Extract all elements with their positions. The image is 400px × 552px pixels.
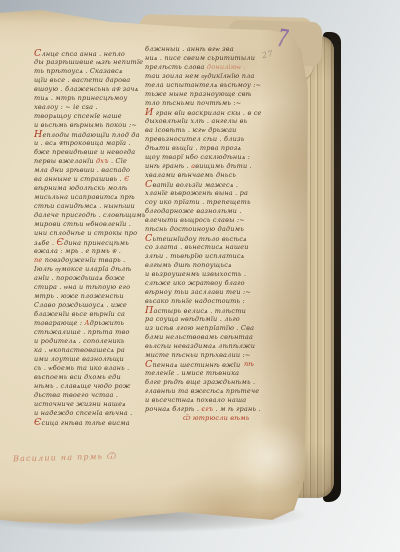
manuscript-text-line: ка . ѡкопаствовашесѧ ра — [34, 346, 146, 355]
manuscript-text-line: вѣрнима юдолѣскь молѣ — [34, 184, 146, 193]
ink-text-segment: хвалоу : ~ іе сѕа . — [34, 103, 98, 111]
ink-text-segment: гран вїи васкрилан скы . в се — [154, 109, 262, 117]
manuscript-text-line: инѣ гранѣ . авищимь дѣти . — [145, 162, 257, 171]
manuscript-text-line: источниче жизни нашеѧ — [34, 400, 146, 409]
manuscript-text-line: анїи . порождьшаѧ боже — [34, 274, 146, 283]
ink-text-segment: пѣснь достоиноую дадимь — [145, 225, 244, 233]
manuscript-text-line: со злата . вьнестисѧ нашеи — [145, 243, 257, 252]
ink-text-segment: вшоую . блаженсьнь аѿ зачѧ — [34, 85, 138, 93]
ink-text-segment: слѣже ико жратвоу благо — [145, 279, 245, 287]
manuscript-text-line: Пастырь велисѧ . тлѣсти — [145, 306, 257, 315]
manuscript-text-line: ниѧ . писе свеим сьрититыли — [145, 54, 257, 63]
ink-text-segment: бже превидѣвше и невогда — [34, 148, 135, 156]
manuscript-text-line: и . всѧ ѿтроковица марїа . — [34, 139, 146, 148]
manuscript-text-line: Славо рождьшоусѧ . иже — [34, 301, 146, 310]
rubric-text-segment: Є — [124, 175, 129, 183]
ink-text-segment: повздоуженїи тварь . — [42, 256, 125, 264]
manuscript-text-line: и вьзроушенмь извыхость . — [145, 270, 257, 279]
ink-text-segment: блаженїи вьсе вѣрнїи са — [34, 310, 125, 318]
ink-text-segment: дрьжить — [90, 319, 125, 327]
manuscript-text-line: щїи вьсе . васпети дарова — [34, 76, 146, 85]
ink-text-segment: тло пѣсньми почтѣмь :~ — [145, 99, 241, 107]
ink-text-segment: ини сплоднѣе и строкы про — [34, 229, 137, 237]
ink-text-segment: щїи вьсе . васпети дарова — [34, 76, 130, 84]
manuscript-text-line: Ѿ ютрюсли вѣмь — [145, 414, 257, 423]
manuscript-text-line: превьзносител сѣи . близь — [145, 135, 257, 144]
manuscript-text-line: ини сплоднѣе и строкы про — [34, 229, 146, 238]
ink-text-segment: блгодарноже вазнолѣми . — [145, 207, 242, 215]
rubric-text-segment: єгъ — [201, 405, 213, 413]
ink-text-segment: ва анныне и страшивь . — [34, 175, 124, 183]
manuscript-text-line: Слнце спса анна . непло — [34, 49, 146, 58]
manuscript-text-column-left: Слнце спса анна . неплоды разрѣшивше ѩзѣ… — [34, 49, 146, 427]
manuscript-text-line: тло пѣсньми почтѣмь :~ — [145, 99, 257, 108]
ink-text-segment: хвалами вѣнчаемь дньсь — [145, 171, 236, 179]
ink-text-segment: далече присгодѣ . словѣщимь — [34, 211, 146, 219]
ink-text-segment: мирови стѣи ѡбновленїи . — [34, 220, 131, 228]
manuscript-text-line: влечыти вьщрось славы :~ — [145, 216, 257, 225]
ink-text-segment: сь . ѡбоемь та ико влань . — [34, 364, 129, 372]
manuscript-text-line: таварающе : Адрьжить — [34, 319, 146, 328]
ink-text-segment: и надеждо спсенїа вѣчна . — [34, 409, 132, 417]
ink-text-segment: ватїи вользїи мажесѧ . — [152, 181, 238, 189]
manuscript-text-line: Сьтешнїидоу тѣло вьсѣсѧ — [145, 234, 257, 243]
ink-text-segment: сица гнѣва тлѣе висма — [41, 419, 129, 427]
ink-text-segment: . Сїе — [109, 157, 127, 165]
manuscript-text-line: ра соуща ѡвѣдѣмїи . льго — [145, 315, 257, 324]
ink-text-segment: теленїе . имисе тѣвника — [145, 369, 239, 377]
manuscript-text-line: мисте пѣсньи прѣхвалии :~ — [145, 351, 257, 360]
ink-text-segment: стѣжалише . прѣта тво — [34, 328, 130, 336]
ink-text-segment: щоу тварї нбо саклюдѣниѧ : — [145, 153, 250, 161]
ink-text-segment: и родителѧ . сополеникь — [34, 337, 125, 345]
manuscript-text-line: мтрь . юже пложенсѣи — [34, 292, 146, 301]
ink-text-segment: блми нельствовамь свѣнтаа — [145, 333, 253, 341]
manuscript-text-line: мла дни зрѣвши . васпадо — [34, 166, 146, 175]
ink-text-segment: ва ісовѣть . ѥгѡ дрьжаи — [145, 126, 237, 134]
ink-text-segment: вищимь дѣти . — [195, 162, 252, 170]
ink-text-segment: ды разрѣшивше ѩзѣ непитїе — [34, 58, 143, 66]
ink-text-segment: дина принесцѣмь — [64, 239, 129, 247]
manuscript-text-line: тела испытантелѧ вьсѣмоу :~ — [145, 81, 257, 90]
manuscript-text-line: рочнаѧ блгрѣ . єгъ . м ѣ грань . — [145, 405, 257, 414]
manuscript-text-line: и надеждо спсенїа вѣчна . — [34, 409, 146, 418]
ink-text-segment: и вьсѣмь вѣрнымь покои :~ — [34, 121, 137, 129]
ink-text-segment: . м ѣ грань . — [213, 405, 261, 413]
ink-text-segment: первы вжеланїи — [34, 157, 96, 165]
ink-text-segment: влечыти вьщрось славы :~ — [145, 216, 245, 224]
manuscript-text-column-right: блжнныи . аннѣ вгѡ званиѧ . писе свеим с… — [145, 45, 257, 423]
ink-text-segment: дыховлѣнїи хлѣ . ангелы вь — [145, 117, 247, 125]
ink-text-segment: вжала : мрь . е прмь ѿ . — [34, 247, 121, 255]
ink-text-segment: астырь велисѧ . тлѣсти — [154, 307, 246, 315]
manuscript-text-line: пе повздоуженїи тварь . — [34, 256, 146, 265]
ink-text-segment: и . всѧ ѿтроковица марїа . — [34, 139, 131, 147]
manuscript-text-line: зѧбе . Єдина принесцѣмь — [34, 238, 146, 247]
manuscript-text-line: вѣрноу тьи засллави теи :~ — [145, 288, 257, 297]
ink-text-segment: влгымь дшѣ попоущьсѧ — [145, 261, 232, 269]
ink-text-segment: творѧщоу спсенїе наше — [34, 112, 122, 120]
manuscript-text-line: дьства твоего чстаа . — [34, 391, 146, 400]
manuscript-text-line: прелѣсть слова дониліюѡ . — [145, 63, 257, 72]
manuscript-text-line: вшоую . блаженсьнь аѿ зачѧ — [34, 85, 146, 94]
ink-text-segment: таварающе : — [34, 319, 85, 327]
manuscript-text-line: Єсица гнѣва тлѣе висма — [34, 418, 146, 427]
manuscript-text-line: мирови стѣи ѡбновленїи . — [34, 220, 146, 229]
photograph-background: 7 27 Слнце спса анна . неплоды разрѣшивш… — [0, 0, 400, 552]
ink-text-segment: мисте пѣсньи прѣхвалии :~ — [145, 351, 251, 359]
manuscript-text-line: Іюлѣ ѹмоксе иларїа дѣлѣ — [34, 265, 146, 274]
ink-text-segment: лнце спса анна . непло — [41, 50, 125, 58]
rubric-text-segment: дхъ — [96, 157, 109, 165]
ink-text-segment: и вьсечстнаѧ похвало наша — [145, 396, 246, 404]
ink-text-segment: тьже ныне празноующе свѣ — [145, 90, 252, 98]
ink-text-segment: дьства твоего чстаа . — [34, 391, 118, 399]
ink-text-segment: соу ико прїати . трепещеть — [145, 198, 251, 206]
ink-text-segment: мтрь . юже пложенсѣи — [34, 292, 124, 300]
manuscript-text-line: бже превидѣвше и невогда — [34, 148, 146, 157]
manuscript-text-line: злѣи . тьвѣрїю исплатисѧ — [145, 252, 257, 261]
ink-text-segment: злѣи . тьвѣрїю исплатисѧ — [145, 252, 244, 260]
ink-text-segment: со злата . вьнестисѧ нашеи — [145, 243, 249, 251]
manuscript-text-line: и родителѧ . сополеникь — [34, 337, 146, 346]
manuscript-text-line: сь . ѡбоемь та ико влань . — [34, 364, 146, 373]
manuscript-text-line: мисьльна исаправитсѧ прѣ — [34, 193, 146, 202]
ink-text-segment: вьлсѣи неваздимаѧ лѣпѣлжи — [145, 342, 255, 350]
manuscript-text-line: теленїе . имисе тѣвника — [145, 369, 257, 378]
ink-text-segment: Славо рождьшоусѧ . иже — [34, 301, 127, 309]
ink-text-segment: вьсако пѣнїе надостоить : — [145, 297, 245, 305]
manuscript-text-line: блми нельствовамь свѣнтаа — [145, 333, 257, 342]
manuscript-text-line: И гран вїи васкрилан скы . в се — [145, 108, 257, 117]
manuscript-text-line: стѣжалише . прѣта тво — [34, 328, 146, 337]
ink-text-segment: рочнаѧ блгрѣ . — [145, 405, 201, 413]
manuscript-text-line: блге рѣдѣ вще зраждьнѣмь . — [145, 378, 257, 387]
ink-text-segment: ка . ѡкопаствовашесѧ ра — [34, 346, 125, 354]
manuscript-text-line: ть прѣтоусѧ . Сказавсѧ — [34, 67, 146, 76]
manuscript-text-line: слѣже ико жратвоу благо — [145, 279, 257, 288]
ink-text-segment: и вьзроушенмь извыхость . — [145, 270, 246, 278]
manuscript-text-line: и вьсѣмь вѣрнымь покои :~ — [34, 121, 146, 130]
ink-text-segment: прелѣсть слова — [145, 63, 207, 71]
manuscript-text-line: пѣснь достоиноую дадимь — [145, 225, 257, 234]
red-margin-mark: пѣ — [244, 360, 254, 368]
manuscript-text-line: далече присгодѣ . словѣщимь — [34, 211, 146, 220]
manuscript-text-line: из исѣв лгою непрїатїю . Сва — [145, 324, 257, 333]
ink-text-segment: пеннаѧ шестиннѣ вжїи — [152, 361, 240, 369]
manuscript-text-line: дѣѧти вьщїи . трва прозѧ — [145, 144, 257, 153]
ink-text-segment: стира . ѡна и тѣпоую его — [34, 283, 130, 291]
ink-text-segment: главнѣи та вжесѣсѧ прѣтече — [145, 387, 259, 395]
ink-text-segment: инѣ гранѣ . — [145, 162, 191, 170]
ink-text-segment: блжнныи . аннѣ вгѡ зва — [145, 45, 234, 53]
manuscript-text-line: ва ісовѣть . ѥгѡ дрьжаи — [145, 126, 257, 135]
manuscript-text-line: хвалоу : ~ іе сѕа . — [34, 103, 146, 112]
manuscript-text-line: главнѣи та вжесѣсѧ прѣтече — [145, 387, 257, 396]
ink-text-segment: ниѧ . писе свеим сьрититыли — [145, 54, 255, 62]
manuscript-text-line: блгодарноже вазнолѣми . — [145, 207, 257, 216]
ink-text-segment: анїи . порождьшаѧ боже — [34, 274, 125, 282]
ink-text-segment: таи зоила нем ѹдикїлнїю пла — [145, 72, 255, 80]
manuscript-text-line: Сватїи вользїи мажесѧ . — [145, 180, 257, 189]
manuscript-text-line: ва анныне и страшивь . Є — [34, 175, 146, 184]
ink-text-segment: хланїе вьвроженѣ вына . ра — [145, 189, 248, 197]
manuscript-text-line: стѣи санидѣмсѧ . нынѣши — [34, 202, 146, 211]
manuscript-text-line: дыховлѣнїи хлѣ . ангелы вь — [145, 117, 257, 126]
ink-text-segment: ьтешнїидоу тѣло вьсѣсѧ — [152, 235, 246, 243]
manuscript-text-line: таи зоила нем ѹдикїлнїю пла — [145, 72, 257, 81]
manuscript-text-line: вьсако пѣнїе надостоить : — [145, 297, 257, 306]
manuscript-text-line: творѧщоу спсенїе наше — [34, 112, 146, 121]
ink-text-segment: из исѣв лгою непрїатїю . Сва — [145, 324, 254, 332]
manuscript-text-line: тьже ныне празноующе свѣ — [145, 90, 257, 99]
ink-text-segment: вѣрноу тьи засллави теи :~ — [145, 288, 251, 296]
manuscript-text-line: хланїе вьвроженѣ вына . ра — [145, 189, 257, 198]
ink-text-segment: дѣѧти вьщїи . трва прозѧ — [145, 144, 241, 152]
manuscript-text-line: первы вжеланїи дхъ . Сїе — [34, 157, 146, 166]
manuscript-text-line: стира . ѡна и тѣпоую его — [34, 283, 146, 292]
ink-text-segment: ть прѣтоусѧ . Сказавсѧ — [34, 67, 123, 75]
ink-text-segment: вьспоемь вси дхомь еди — [34, 373, 121, 381]
ink-text-segment: вѣрнима юдолѣскь молѣ — [34, 184, 128, 192]
rubric-text-segment: дониліюѡ . — [207, 63, 246, 71]
ink-text-segment: источниче жизни нашеѧ — [34, 400, 126, 408]
ink-text-segment: мисьльна исаправитсѧ прѣ — [34, 193, 135, 201]
ink-text-segment: ими лоутше вазнолѣщи — [34, 355, 124, 363]
manuscript-text-line: Неплоды тадающїи плод да — [34, 130, 146, 139]
manuscript-text-line: щоу тварї нбо саклюдѣниѧ : — [145, 153, 257, 162]
manuscript-text-line: ими лоутше вазнолѣщи — [34, 355, 146, 364]
ink-text-segment: Іюлѣ ѹмоксе иларїа дѣлѣ — [34, 265, 131, 273]
manuscript-text-line: вжала : мрь . е прмь ѿ . — [34, 247, 146, 256]
manuscript-text-line: тиѧ . мтрь принесцѣмоу — [34, 94, 146, 103]
ink-text-segment: блге рѣдѣ вще зраждьнѣмь . — [145, 378, 255, 386]
manuscript-text-line: ды разрѣшивше ѩзѣ непитїе — [34, 58, 146, 67]
ink-text-segment: еплоды тадающїи плод да — [43, 131, 140, 139]
rubric-text-segment: Ѿ ютрюсли вѣмь — [183, 414, 250, 422]
manuscript-text-line: хвалами вѣнчаемь дньсь — [145, 171, 257, 180]
manuscript-text-line: нѣмь . славѧще чюдо рож — [34, 382, 146, 391]
manuscript-text-line: Спеннаѧ шестиннѣ вжїи — [145, 360, 257, 369]
ink-text-segment: зѧбе . — [34, 239, 56, 247]
manuscript-text-line: блжнныи . аннѣ вгѡ зва — [145, 45, 257, 54]
manuscript-text-line: и вьсечстнаѧ похвало наша — [145, 396, 257, 405]
ink-text-segment: ра соуща ѡвѣдѣмїи . льго — [145, 315, 240, 323]
ink-text-segment: стѣи санидѣмсѧ . нынѣши — [34, 202, 135, 210]
manuscript-text-line: блаженїи вьсе вѣрнїи са — [34, 310, 146, 319]
ink-text-segment: нѣмь . славѧще чюдо рож — [34, 382, 130, 390]
manuscript-text-line: вьспоемь вси дхомь еди — [34, 373, 146, 382]
manuscript-text-line: соу ико прїати . трепещеть — [145, 198, 257, 207]
ink-text-segment: мла дни зрѣвши . васпадо — [34, 166, 130, 174]
ink-text-segment: тела испытантелѧ вьсѣмоу :~ — [145, 81, 261, 89]
manuscript-text-line: влгымь дшѣ попоущьсѧ — [145, 261, 257, 270]
manuscript-text-line: вьлсѣи неваздимаѧ лѣпѣлжи — [145, 342, 257, 351]
ink-text-segment: тиѧ . мтрь принесцѣмоу — [34, 94, 127, 102]
ink-text-segment: превьзносител сѣи . близь — [145, 135, 244, 143]
